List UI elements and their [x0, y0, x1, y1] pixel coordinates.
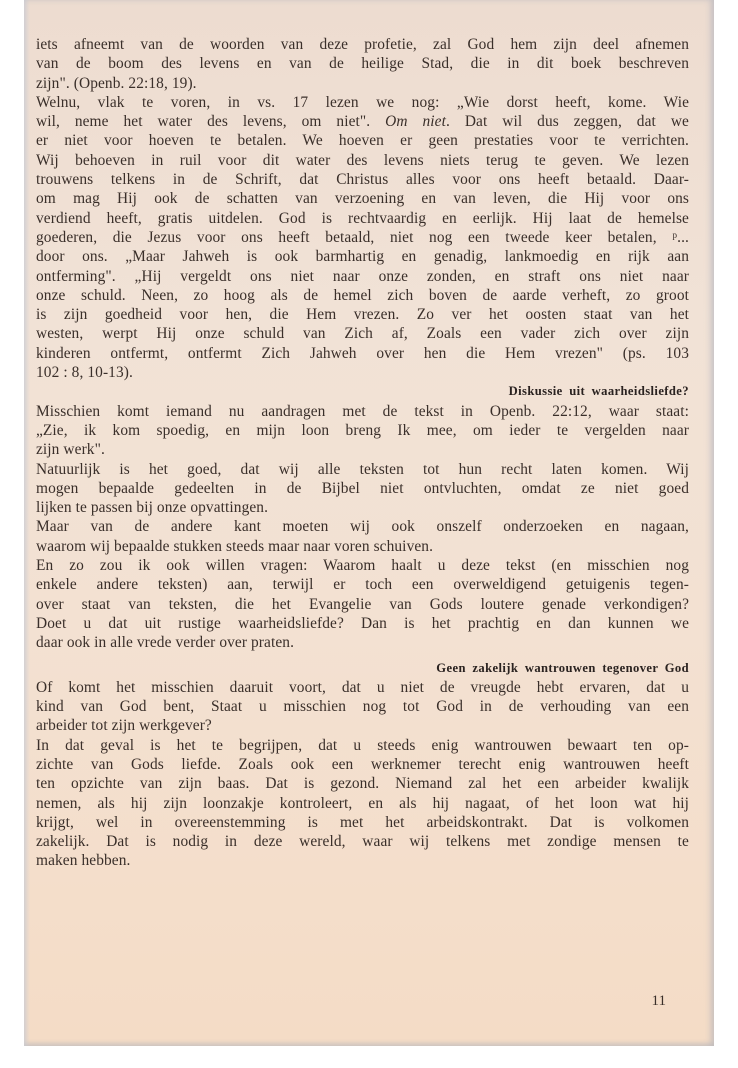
text-line: trouwens telkens in de Schrift, dat Chri… — [36, 170, 689, 189]
text-line: Misschien komt iemand nu aandragen met d… — [36, 402, 689, 421]
text-line: verdiend heeft, gratis uitdelen. God is … — [36, 209, 689, 228]
text-line: zichte van Gods liefde. Zoals ook een we… — [36, 755, 689, 774]
intro-section: iets afneemt van de woorden van deze pro… — [36, 35, 689, 382]
text-line: wil, neme het water des levens, om niet"… — [36, 112, 689, 131]
page-body: iets afneemt van de woorden van deze pro… — [36, 35, 689, 871]
text-line: om mag Hij ook de schatten van verzoenin… — [36, 189, 689, 208]
text-line: Welnu, vlak te voren, in vs. 17 lezen we… — [36, 93, 689, 112]
text-line: zijn werk". — [36, 440, 689, 459]
text-line: er niet voor hoeven te betalen. We hoeve… — [36, 131, 689, 150]
text-line: enkele andere teksten) aan, terwijl er t… — [36, 575, 689, 594]
text-line: Of komt het misschien daaruit voort, dat… — [36, 678, 689, 697]
text-line: zijn". (Openb. 22:18, 19). — [36, 74, 689, 93]
paragraph: En zo zou ik ook willen vragen: Waarom h… — [36, 556, 689, 652]
text-line: westen, werpt Hij onze schuld van Zich a… — [36, 324, 689, 343]
text-line: Doet u dat uit rustige waarheidsliefde? … — [36, 614, 689, 633]
text-line: Wij behoeven in ruil voor dit water des … — [36, 151, 689, 170]
text-line: iets afneemt van de woorden van deze pro… — [36, 35, 689, 54]
text-line: Maar van de andere kant moeten wij ook o… — [36, 517, 689, 536]
paragraph: Natuurlijk is het goed, dat wij alle tek… — [36, 460, 689, 518]
section-diskussie: Misschien komt iemand nu aandragen met d… — [36, 402, 689, 653]
text-line: krijgt, wel in overeenstemming is met he… — [36, 813, 689, 832]
text-line: kind van God bent, Staat u misschien nog… — [36, 697, 689, 716]
text-line: door ons. „Maar Jahweh is ook barmhartig… — [36, 247, 689, 266]
text-line: over staat van teksten, die het Evangeli… — [36, 595, 689, 614]
paragraph: Misschien komt iemand nu aandragen met d… — [36, 402, 689, 460]
paragraph: iets afneemt van de woorden van deze pro… — [36, 35, 689, 93]
text-line: lijken te passen bij onze opvattingen. — [36, 498, 689, 517]
section-wantrouwen: Of komt het misschien daaruit voort, dat… — [36, 678, 689, 871]
text-line: daar ook in alle vrede verder over prate… — [36, 633, 689, 652]
text-line: Natuurlijk is het goed, dat wij alle tek… — [36, 460, 689, 479]
paragraph: In dat geval is het te begrijpen, dat u … — [36, 736, 689, 871]
section-heading-diskussie: Diskussie uit waarheidsliefde? — [36, 382, 689, 401]
text-line: is zijn goedheid voor hen, die Hem vreze… — [36, 305, 689, 324]
paragraph: Welnu, vlak te voren, in vs. 17 lezen we… — [36, 93, 689, 382]
text-line: van de boom des levens en van de heilige… — [36, 54, 689, 73]
text-line: kinderen ontfermt, ontfermt Zich Jahweh … — [36, 344, 689, 363]
text-line: En zo zou ik ook willen vragen: Waarom h… — [36, 556, 689, 575]
text-line: ten opzichte van zijn baas. Dat is gezon… — [36, 774, 689, 793]
text-line: waarom wij bepaalde stukken steeds maar … — [36, 537, 689, 556]
text-line: goederen, die Jezus voor ons heeft betaa… — [36, 228, 689, 247]
book-page: iets afneemt van de woorden van deze pro… — [24, 0, 714, 1046]
text-line: nemen, als hij zijn loonzakje kontroleer… — [36, 794, 689, 813]
paragraph: Maar van de andere kant moeten wij ook o… — [36, 517, 689, 556]
page-number: 11 — [652, 993, 666, 1010]
text-line: arbeider tot zijn werkgever? — [36, 716, 689, 735]
text-line: „Zie, ik kom spoedig, en mijn loon breng… — [36, 421, 689, 440]
text-line: In dat geval is het te begrijpen, dat u … — [36, 736, 689, 755]
paragraph: Of komt het misschien daaruit voort, dat… — [36, 678, 689, 736]
text-line: onze schuld. Neen, zo hoog als de hemel … — [36, 286, 689, 305]
text-line: ontferming". „Hij vergeldt ons niet naar… — [36, 267, 689, 286]
text-line: 102 : 8, 10-13). — [36, 363, 689, 382]
text-line: maken hebben. — [36, 851, 689, 870]
section-heading-wantrouwen: Geen zakelijk wantrouwen tegenover God — [36, 659, 689, 678]
text-line: zakelijk. Dat is nodig in deze wereld, w… — [36, 832, 689, 851]
text-line: mogen bepaalde gedeelten in de Bijbel ni… — [36, 479, 689, 498]
